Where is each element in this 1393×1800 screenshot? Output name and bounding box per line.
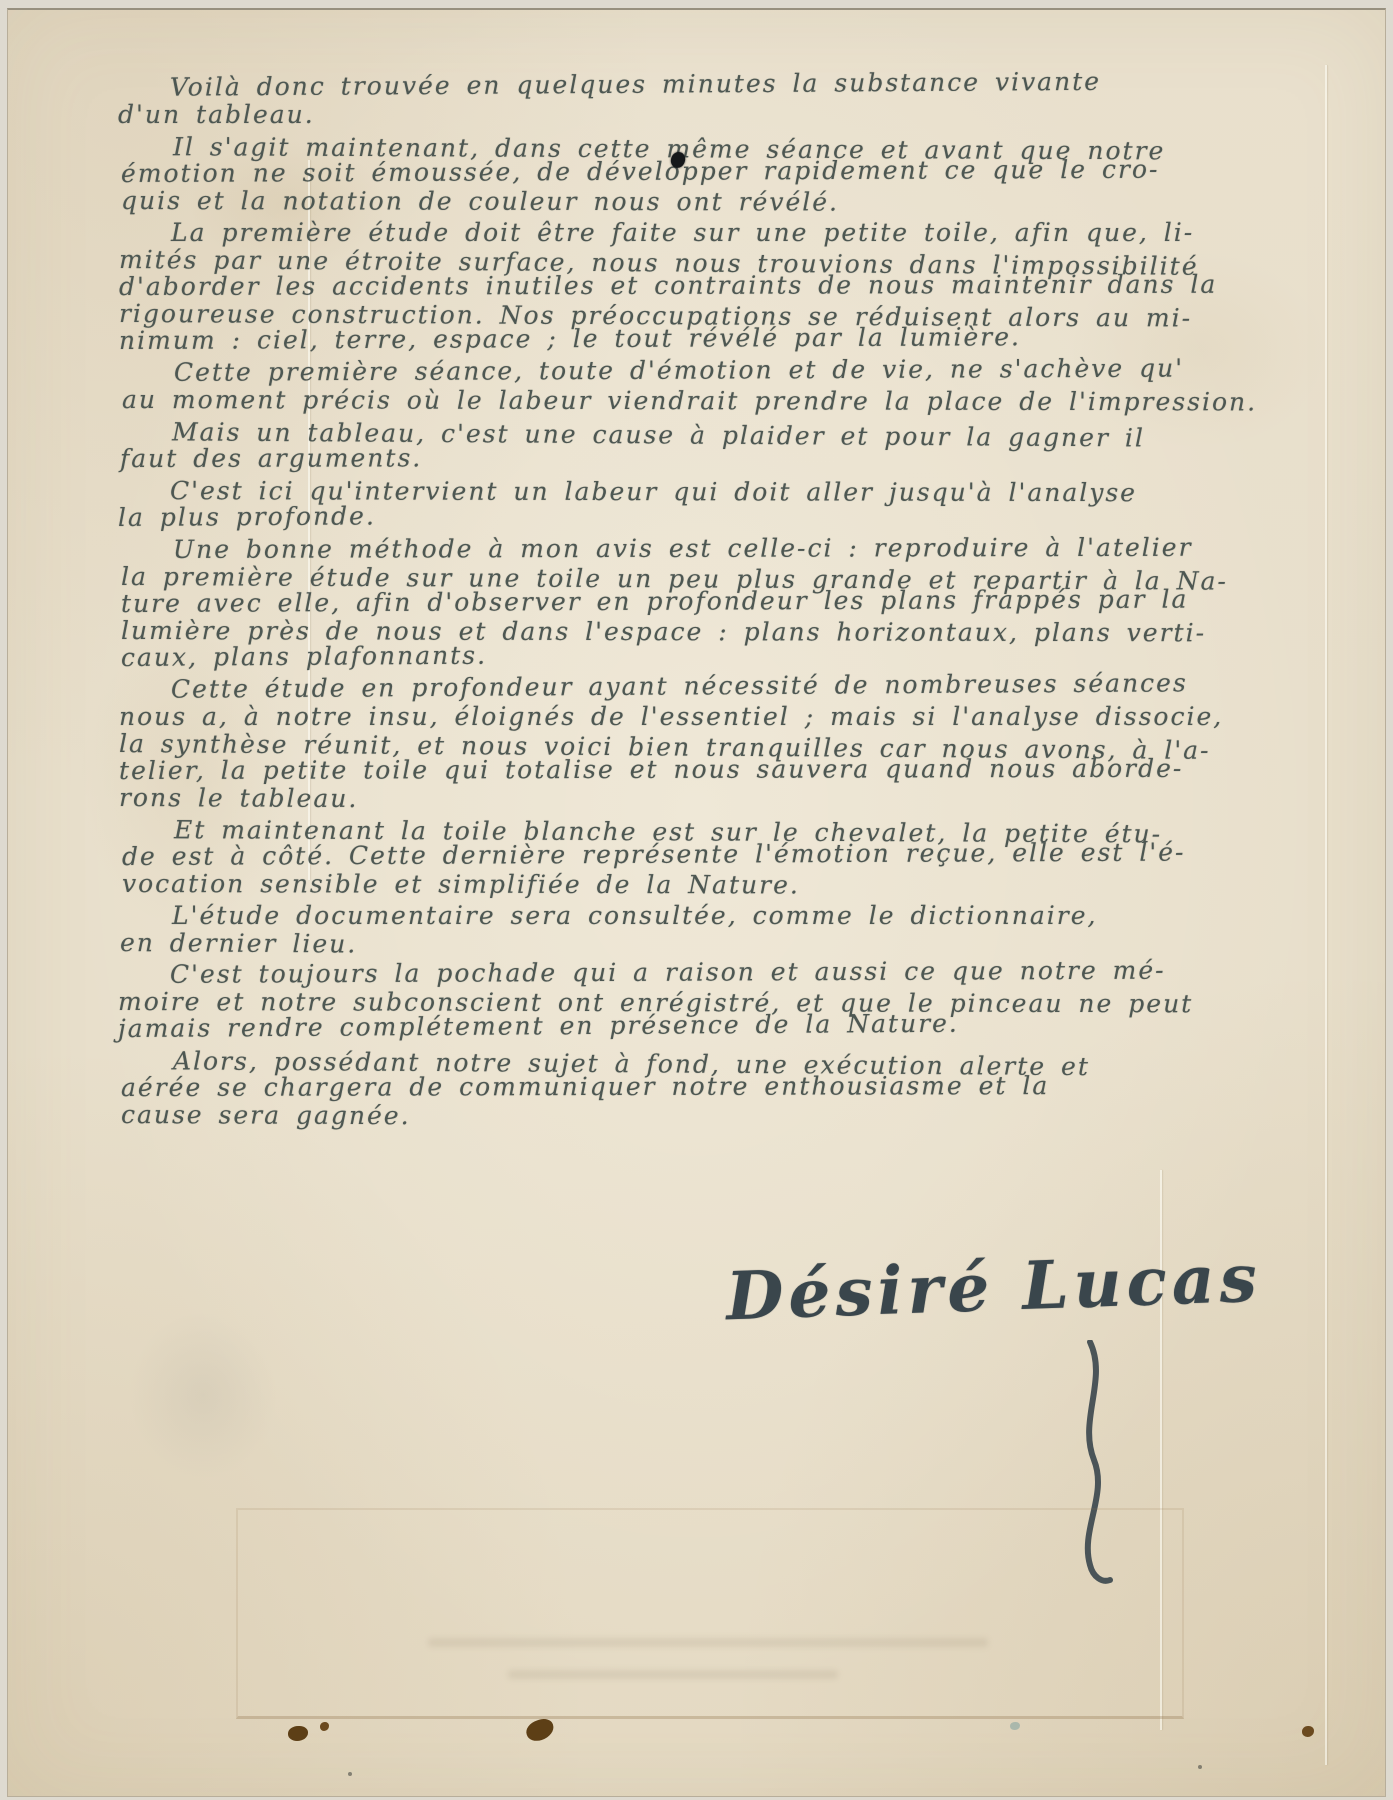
paragraph: Voilà donc trouvée en quelques minutes l… <box>120 74 1335 128</box>
paragraph: Mais un tableau, c'est une cause à plaid… <box>120 418 1335 472</box>
manuscript-line: ture avec elle, afin d'observer en profo… <box>121 585 1336 617</box>
manuscript-line: de est à côté. Cette dernière représente… <box>122 838 1337 870</box>
paragraph: Alors, possédant notre sujet à fond, une… <box>120 1047 1335 1128</box>
ghost-frame-impression <box>236 1508 1184 1719</box>
manuscript-line: La première étude doit être faite sur un… <box>119 219 1334 246</box>
manuscript-line: d'aborder les accidents inutiles et cont… <box>119 270 1334 300</box>
speck <box>348 1772 352 1776</box>
manuscript-line: vocation sensible et simplifiée de la Na… <box>122 870 1337 900</box>
manuscript-line: quis et la notation de couleur nous ont … <box>121 187 1336 217</box>
manuscript-line: rons le tableau. <box>119 784 1334 816</box>
paragraph: Cette étude en profondeur ayant nécessit… <box>120 676 1335 811</box>
manuscript-line: Cette première séance, toute d'émotion e… <box>122 354 1337 386</box>
manuscript-line: Cette étude en profondeur ayant nécessit… <box>119 668 1334 703</box>
paragraph: Une bonne méthode à mon avis est celle-c… <box>120 536 1335 671</box>
manuscript-line: au moment précis où le labeur viendrait … <box>122 386 1337 416</box>
paragraph: C'est ici qu'intervient un labeur qui do… <box>120 477 1335 531</box>
show-through-text <box>428 1638 988 1647</box>
manuscript-line: Une bonne méthode à mon avis est celle-c… <box>121 533 1336 563</box>
manuscript-line: telier, la petite toile qui totalise et … <box>119 754 1334 784</box>
manuscript-line: faut des arguments. <box>120 442 1335 472</box>
manuscript-line: la plus profonde. <box>118 496 1333 531</box>
manuscript-line: d'un tableau. <box>118 101 1333 128</box>
paragraph: Et maintenant la toile blanche est sur l… <box>120 816 1335 897</box>
paragraph: L'étude documentaire sera consultée, com… <box>120 902 1335 956</box>
manuscript-line: nous a, à notre insu, éloignés de l'esse… <box>119 703 1334 730</box>
ink-spot <box>288 1726 308 1741</box>
manuscript-line: caux, plans plafonnants. <box>121 636 1336 671</box>
age-stain <box>128 1310 278 1480</box>
manuscript-page: Voilà donc trouvée en quelques minutes l… <box>7 8 1386 1797</box>
signature: Désiré Lucas <box>725 1239 1263 1336</box>
manuscript-line: cause sera gagnée. <box>121 1101 1336 1133</box>
manuscript-line: jamais rendre complétement en présence d… <box>118 1007 1333 1042</box>
paragraph: Cette première séance, toute d'émotion e… <box>120 359 1335 413</box>
paragraph: C'est toujours la pochade qui a raison e… <box>120 961 1335 1042</box>
ink-spot <box>1010 1722 1020 1730</box>
ink-spot <box>524 1716 557 1744</box>
paragraph: La première étude doit être faite sur un… <box>120 219 1335 354</box>
manuscript-line: C'est toujours la pochade qui a raison e… <box>118 956 1333 988</box>
manuscript-line: aérée se chargera de communiquer notre e… <box>121 1071 1336 1101</box>
manuscript-line: nimum : ciel, terre, espace ; le tout ré… <box>119 322 1334 354</box>
paragraph: Il s'agit maintenant, dans cette même sé… <box>120 133 1335 214</box>
letter-body: Voilà donc trouvée en quelques minutes l… <box>120 74 1335 1133</box>
manuscript-line: émotion ne soit émoussée, de développer … <box>121 155 1336 187</box>
show-through-text <box>508 1670 838 1679</box>
speck <box>1198 1765 1202 1769</box>
ink-spot <box>1302 1726 1314 1737</box>
manuscript-line: Voilà donc trouvée en quelques minutes l… <box>118 66 1333 101</box>
ink-spot <box>320 1722 329 1731</box>
manuscript-line: L'étude documentaire sera consultée, com… <box>120 902 1335 929</box>
